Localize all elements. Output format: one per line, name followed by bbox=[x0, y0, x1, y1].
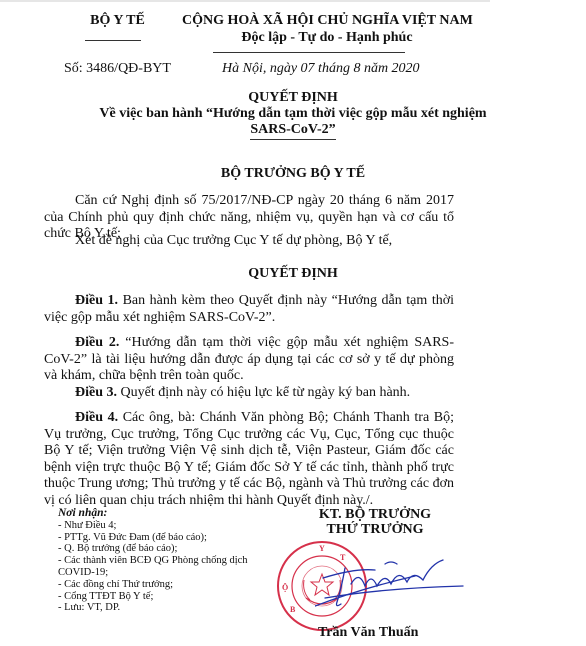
signer-name: Trần Văn Thuấn bbox=[318, 625, 418, 641]
recipient-item: COVID-19; bbox=[58, 567, 248, 579]
page-top-edge bbox=[0, 0, 490, 2]
motto-underline bbox=[213, 52, 405, 53]
article-1: Điều 1. Ban hành kèm theo Quyết định này… bbox=[44, 293, 454, 326]
recipients-title: Nơi nhận: bbox=[58, 508, 248, 520]
subject-underlined-text: SARS-CoV-2” bbox=[250, 122, 335, 140]
article-label: Điều 4. bbox=[75, 410, 118, 425]
article-text: Quyết định này có hiệu lực kể từ ngày ký… bbox=[117, 385, 410, 400]
article-label: Điều 1. bbox=[75, 293, 118, 308]
recipient-item: - Các đồng chí Thứ trưởng; bbox=[58, 579, 248, 591]
recipient-item: - Q. Bộ trưởng (để báo cáo); bbox=[58, 543, 248, 555]
article-3: Điều 3. Quyết định này có hiệu lực kể từ… bbox=[44, 385, 454, 402]
article-4: Điều 4. Các ông, bà: Chánh Văn phòng Bộ;… bbox=[44, 410, 454, 509]
article-2: Điều 2. “Hướng dẫn tạm thời việc gộp mẫu… bbox=[44, 335, 454, 385]
place-date: Hà Nội, ngày 07 tháng 8 năm 2020 bbox=[222, 61, 420, 77]
document-type: QUYẾT ĐỊNH bbox=[0, 90, 586, 106]
signature-on-behalf: KT. BỘ TRƯỞNG bbox=[300, 507, 450, 523]
recipient-item: - Lưu: VT, DP. bbox=[58, 602, 248, 614]
recipient-item: - PTTg. Vũ Đức Đam (để báo cáo); bbox=[58, 532, 248, 544]
handwritten-signature-icon bbox=[315, 550, 465, 620]
national-motto: Độc lập - Tự do - Hạnh phúc bbox=[182, 30, 472, 46]
recipient-item: - Cổng TTĐT Bộ Y tế; bbox=[58, 591, 248, 603]
signature-position: THỨ TRƯỞNG bbox=[300, 522, 450, 538]
document-number: Số: 3486/QĐ-BYT bbox=[64, 61, 171, 77]
issuing-organization: BỘ Y TẾ bbox=[75, 13, 160, 29]
preamble-proposal: Xét đề nghị của Cục trưởng Cục Y tế dự p… bbox=[44, 233, 454, 250]
decision-heading: QUYẾT ĐỊNH bbox=[0, 266, 586, 282]
svg-text:Ộ: Ộ bbox=[282, 583, 288, 592]
organization-underline bbox=[85, 40, 141, 41]
issuing-authority: BỘ TRƯỞNG BỘ Y TẾ bbox=[0, 166, 586, 182]
article-label: Điều 3. bbox=[75, 385, 117, 400]
recipients-block: Nơi nhận: - Như Điều 4; - PTTg. Vũ Đức Đ… bbox=[58, 508, 248, 614]
svg-text:B: B bbox=[290, 605, 296, 614]
recipient-item: - Các thành viên BCĐ QG Phòng chống dịch bbox=[58, 555, 248, 567]
document-subject-line2: SARS-CoV-2” bbox=[0, 122, 586, 138]
article-label: Điều 2. bbox=[75, 335, 119, 350]
document-subject-line1: Về việc ban hành “Hướng dẫn tạm thời việ… bbox=[0, 106, 586, 122]
recipient-item: - Như Điều 4; bbox=[58, 520, 248, 532]
national-title: CỘNG HOÀ XÃ HỘI CHỦ NGHĨA VIỆT NAM bbox=[182, 13, 472, 29]
